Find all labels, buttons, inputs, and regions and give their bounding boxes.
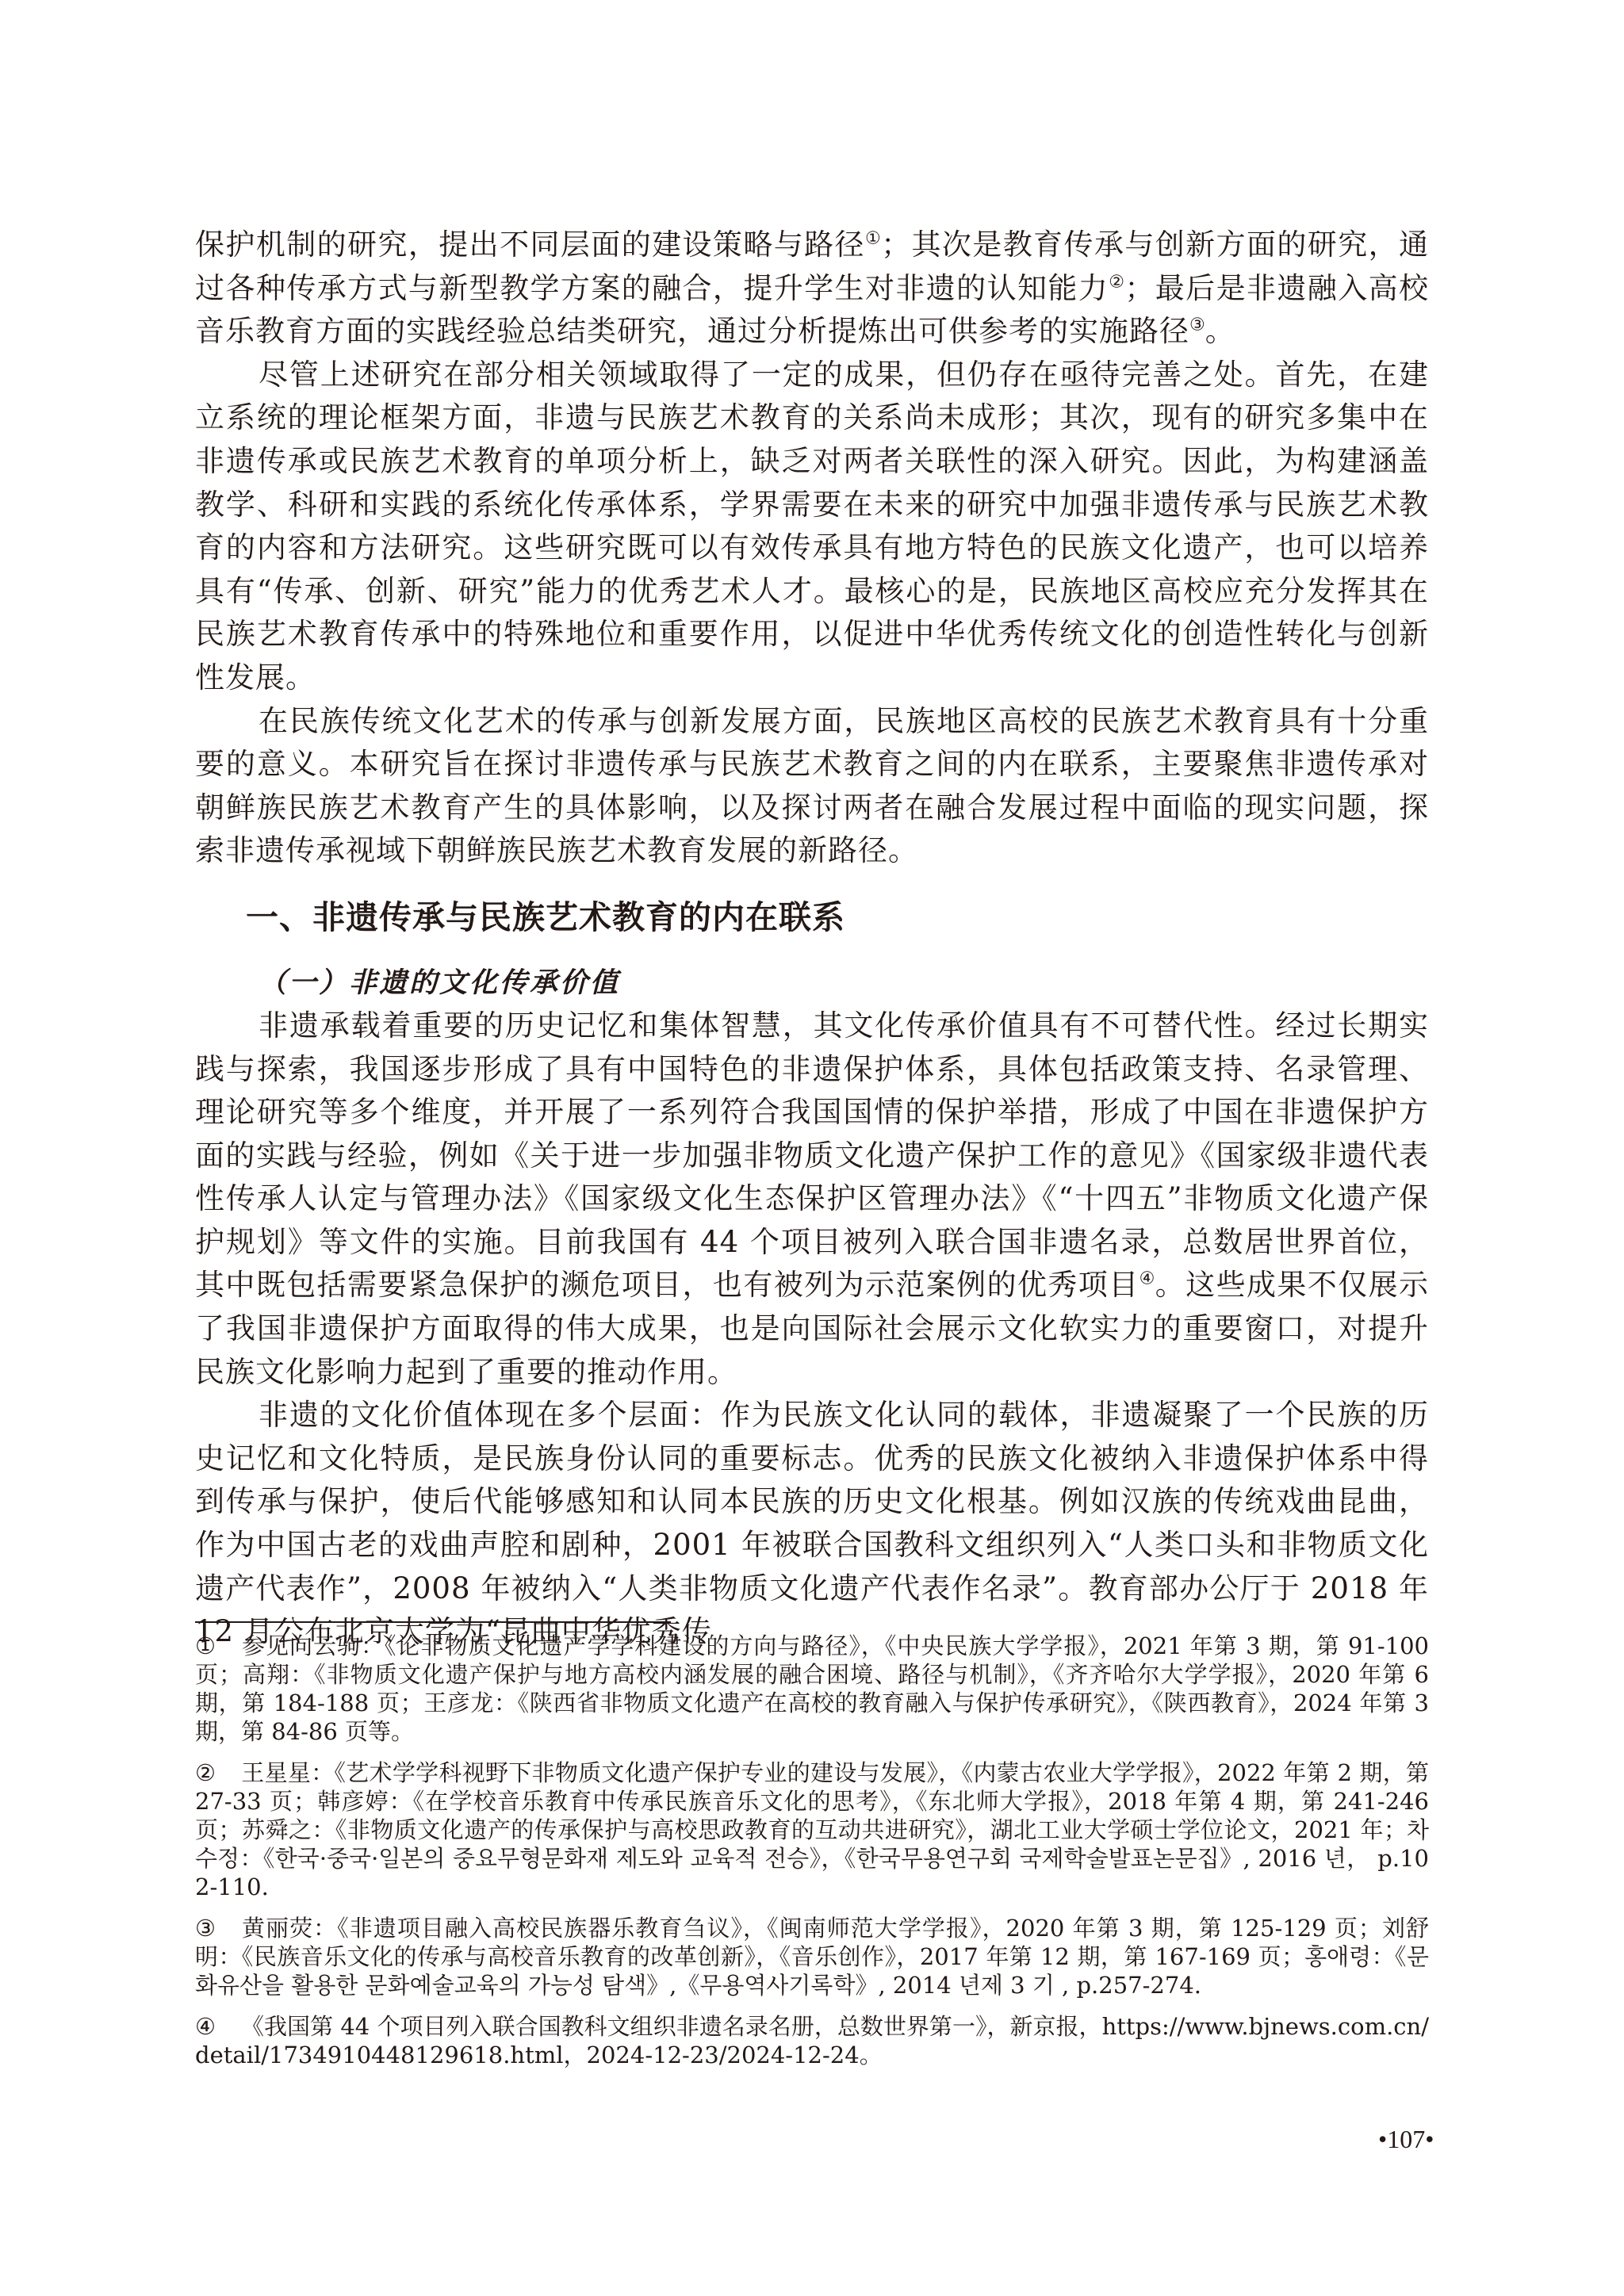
footnote-2: ②王星星：《艺术学学科视野下非物质文化遗产保护专业的建设与发展》，《内蒙古农业大… [195,1758,1429,1901]
footnote-marker: ② [195,1758,241,1787]
footnote-4: ④《我国第 44 个项目列入联合国教科文组织非遗名录名册，总数世界第一》，新京报… [195,2012,1429,2069]
paragraph-text: 非遗承载着重要的历史记忆和集体智慧，其文化传承价值具有不可替代性。经过长期实践与… [195,1008,1429,1303]
footnote-marker: ③ [195,1914,241,1942]
footnote-ref-3[interactable]: ③ [1189,316,1205,335]
subsection-heading: （一）非遗的文化传承价值 [259,962,1429,1004]
paragraph-1: 保护机制的研究，提出不同层面的建设策略与路径①；其次是教育传承与创新方面的研究，… [195,224,1429,354]
paragraph-4: 非遗承载着重要的历史记忆和集体智慧，其文化传承价值具有不可替代性。经过长期实践与… [195,1004,1429,1394]
footnote-ref-1[interactable]: ① [865,229,881,249]
page-number: •107• [1378,2125,1434,2154]
paragraph-5: 非遗的文化价值体现在多个层面：作为民族文化认同的载体，非遗凝聚了一个民族的历史记… [195,1394,1429,1654]
footnote-text: 参见向云驹：《论非物质文化遗产学学科建设的方向与路径》，《中央民族大学学报》，2… [195,1632,1429,1745]
paragraph-3: 在民族传统文化艺术的传承与创新发展方面，民族地区高校的民族艺术教育具有十分重要的… [195,700,1429,873]
body-text: 保护机制的研究，提出不同层面的建设策略与路径①；其次是教育传承与创新方面的研究，… [195,224,1429,1654]
footnote-text: 《我国第 44 个项目列入联合国教科文组织非遗名录名册，总数世界第一》，新京报，… [195,2013,1429,2068]
footnote-ref-2[interactable]: ② [1109,272,1124,292]
paragraph-2: 尽管上述研究在部分相关领域取得了一定的成果，但仍存在亟待完善之处。首先，在建立系… [195,354,1429,700]
footnote-1: ①参见向云驹：《论非物质文化遗产学学科建设的方向与路径》，《中央民族大学学报》，… [195,1632,1429,1746]
footnote-text: 王星星：《艺术学学科视野下非物质文化遗产保护专业的建设与发展》，《内蒙古农业大学… [195,1759,1429,1900]
footnotes: ①参见向云驹：《论非物质文化遗产学学科建设的方向与路径》，《中央民族大学学报》，… [195,1632,1429,2082]
paragraph-text: 保护机制的研究，提出不同层面的建设策略与路径 [195,228,865,262]
footnote-ref-4[interactable]: ④ [1139,1269,1155,1289]
paragraph-text: 。 [1205,314,1235,348]
footnote-text: 黄丽荧：《非遗项目融入高校民族器乐教育刍议》，《闽南师范大学学报》，2020 年… [195,1915,1429,1999]
footnote-marker: ④ [195,2012,241,2041]
section-heading: 一、非遗传承与民族艺术教育的内在联系 [246,894,1429,941]
footnote-3: ③黄丽荧：《非遗项目融入高校民族器乐教育刍议》，《闽南师范大学学报》，2020 … [195,1914,1429,1999]
footnote-marker: ① [195,1632,241,1660]
footnote-divider [195,1621,671,1623]
